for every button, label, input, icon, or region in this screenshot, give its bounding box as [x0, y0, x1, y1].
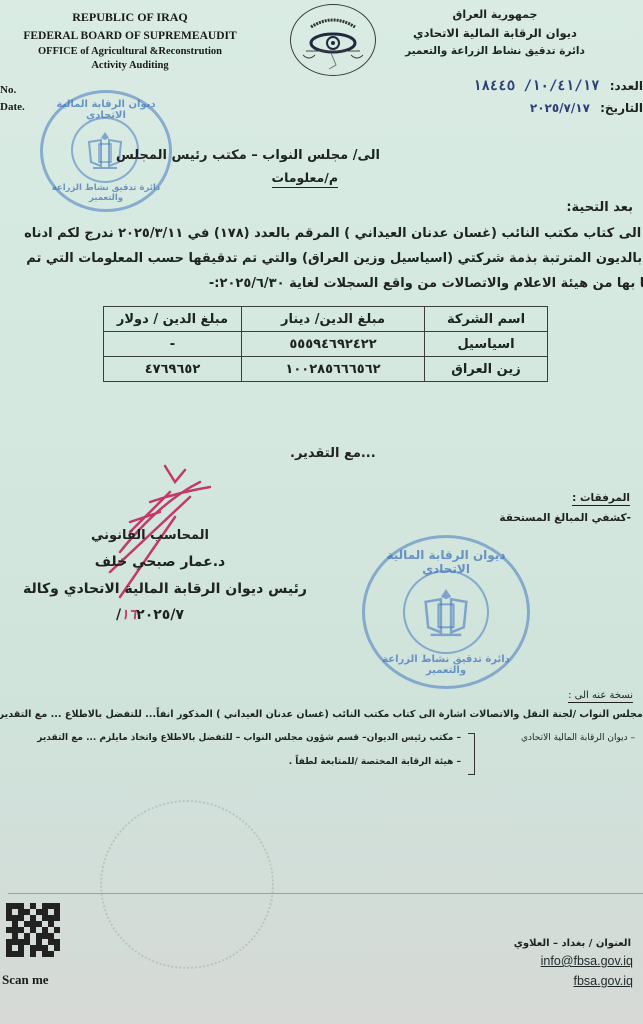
header-dollar: مبلغ الدين / دولار — [104, 307, 242, 332]
footer-email-link[interactable]: info@fbsa.gov.iq — [541, 954, 633, 968]
copies-item-board: – ديوان الرقابة المالية الاتحادي — [521, 733, 635, 743]
header-dinar: مبلغ الدين/ دينار — [242, 307, 425, 332]
copies-item-oversight: – هيئة الرقابة المختصة /للمتابعة لطفاً . — [289, 757, 461, 767]
copies-bracket — [468, 733, 475, 775]
footer-address: العنوان / بغداد – العلاوي — [514, 938, 631, 949]
signatory-block: المحاسب القانوني د.عمار صبحي خلف رئيس دي… — [0, 528, 330, 623]
debt-table: اسم الشركة مبلغ الدين/ دينار مبلغ الدين … — [103, 306, 548, 382]
cell-dinar: ١٠٠٢٨٥٦٦٦٥٦٢ — [242, 357, 425, 382]
reference-date-value: ٢٠٢٥/٧/١٧ — [530, 101, 590, 115]
reference-number-label: العدد: — [610, 79, 643, 93]
table-header-row: اسم الشركة مبلغ الدين/ دينار مبلغ الدين … — [104, 307, 548, 332]
reference-date-row: التاريخ: ٢٠٢٥/٧/١٧ — [530, 101, 643, 115]
footer-website-link[interactable]: fbsa.gov.iq — [573, 974, 633, 988]
copies-item-parliament: – مجلس النواب /لجنة النقل والاتصالات اشا… — [0, 709, 643, 720]
closing: ...مع التقدير. — [290, 446, 376, 461]
letterhead-country-ar: جمهورية العراق — [395, 8, 595, 21]
attachments-label: المرفقات : — [572, 492, 630, 506]
cell-company: اسياسيل — [425, 332, 548, 357]
qr-caption: Scan me — [2, 972, 49, 988]
signatory-title: المحاسب القانوني — [0, 528, 330, 543]
letterhead-office-ar: دائرة تدقيق نشاط الزراعة والتعمير — [395, 45, 595, 57]
stamp-ring-bottom-text: دائرة تدقيق نشاط الزراعة والتعمير — [365, 654, 527, 676]
reference-number-value: ١٠/٤١/١٧/ ١٨٤٤٥ — [473, 78, 599, 94]
reference-date-label: التاريخ: — [600, 101, 643, 115]
eye-scales-emblem-icon — [290, 4, 376, 76]
letterhead-board-ar: ديوان الرقابة المالية الاتحادي — [395, 26, 595, 40]
qr-code[interactable] — [6, 903, 60, 957]
signatory-position: رئيس ديوان الرقابة المالية الاتحادي وكال… — [0, 581, 330, 597]
table-row: زين العراق ١٠٠٢٨٥٦٦٦٥٦٢ ٤٧٦٩٦٥٢ — [104, 357, 548, 382]
copies-item-president-office: – مكتب رئيس الديوان– قسم شؤون مجلس النوا… — [37, 733, 461, 743]
letterhead-english: REPUBLIC OF IRAQ FEDERAL BOARD OF SUPREM… — [0, 8, 260, 71]
stamp-inner-circle — [403, 570, 489, 654]
letterhead-arabic: جمهورية العراق ديوان الرقابة المالية الا… — [395, 8, 595, 57]
cell-dollar: - — [104, 332, 242, 357]
embossed-seal — [100, 800, 274, 969]
letterhead-board: FEDERAL BOARD OF SUPREMEAUDIT — [0, 30, 260, 42]
signatory-name: د.عمار صبحي خلف — [0, 554, 330, 570]
cell-dollar: ٤٧٦٩٦٥٢ — [104, 357, 242, 382]
signature-handwritten-day: ١٦ — [121, 607, 136, 623]
addressee: الى/ مجلس النواب – مكتب رئيس المجلس — [116, 148, 380, 163]
letterhead-country: REPUBLIC OF IRAQ — [0, 10, 260, 25]
stamp-ring-bottom-text: دائرة تدقيق نشاط الزراعة والتعمير — [43, 183, 169, 203]
footer-divider — [8, 893, 643, 894]
subject: م/معلومات — [272, 170, 338, 188]
signature-date-row: ١٦٢٠٢٥/٧/ — [0, 607, 330, 623]
eagle-emblem-icon — [420, 584, 472, 640]
body-paragraph: اشارة الى كتاب مكتب النائب (غسان عدنان ا… — [0, 221, 643, 296]
letterhead-office: OFFICE of Agricultural &Reconstrution — [0, 46, 260, 57]
date-label-en: Date. — [0, 101, 25, 113]
number-label-en: No. — [0, 84, 16, 96]
reference-number-row: العدد: ١٠/٤١/١٧/ ١٨٤٤٥ — [473, 78, 643, 94]
attachments-item: -كشفي المبالغ المستحقة — [499, 512, 631, 524]
greeting: بعد التحية: — [566, 200, 633, 215]
official-stamp-bottom: ديوان الرقابة المالية الاتحادي دائرة تدق… — [362, 535, 530, 689]
table-row: اسياسيل ٥٥٥٩٤٦٩٢٤٢٢ - — [104, 332, 548, 357]
cell-dinar: ٥٥٥٩٤٦٩٢٤٢٢ — [242, 332, 425, 357]
copies-label: نسخة عنه الى : — [568, 690, 633, 703]
header-company: اسم الشركة — [425, 307, 548, 332]
letterhead-activity: Activity Auditing — [0, 60, 260, 71]
cell-company: زين العراق — [425, 357, 548, 382]
